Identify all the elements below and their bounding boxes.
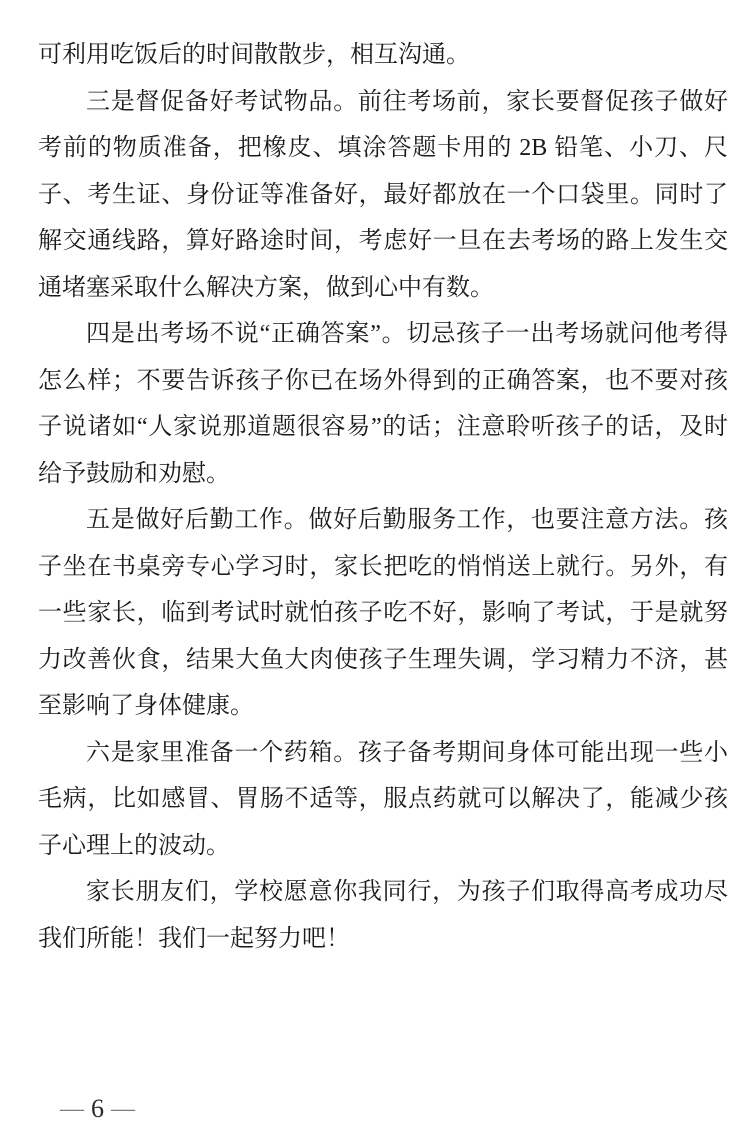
page-number: 6 (91, 1094, 104, 1124)
text-line: 可利用吃饭后的时间散散步，相互沟通。 (38, 32, 728, 79)
text-line: 子心理上的波动。 (38, 823, 728, 870)
text-line: 力改善伙食，结果大鱼大肉使孩子生理失调，学习精力不济，甚 (38, 637, 728, 684)
text-line: 六是家里准备一个药箱。孩子备考期间身体可能出现一些小 (38, 730, 728, 777)
text-line: 子、考生证、身份证等准备好，最好都放在一个口袋里。同时了 (38, 172, 728, 219)
footer-dash-right: — (111, 1094, 135, 1124)
text-line: 子说诸如“人家说那道题很容易”的话；注意聆听孩子的话，及时 (38, 404, 728, 451)
text-line: 子坐在书桌旁专心学习时，家长把吃的悄悄送上就行。另外，有 (38, 544, 728, 591)
text-line: 一些家长，临到考试时就怕孩子吃不好，影响了考试，于是就努 (38, 590, 728, 637)
page-footer: — 6 — (60, 1094, 135, 1124)
footer-dash-left: — (60, 1094, 84, 1124)
text-line: 通堵塞采取什么解决方案，做到心中有数。 (38, 265, 728, 312)
text-line: 考前的物质准备，把橡皮、填涂答题卡用的 2B 铅笔、小刀、尺 (38, 125, 728, 172)
text-line: 毛病，比如感冒、胃肠不适等，服点药就可以解决了，能减少孩 (38, 776, 728, 823)
document-page: 可利用吃饭后的时间散散步，相互沟通。三是督促备好考试物品。前往考场前，家长要督促… (0, 0, 750, 1142)
text-line: 四是出考场不说“正确答案”。切忌孩子一出考场就问他考得 (38, 311, 728, 358)
text-line: 解交通线路，算好路途时间，考虑好一旦在去考场的路上发生交 (38, 218, 728, 265)
text-line: 怎么样；不要告诉孩子你已在场外得到的正确答案，也不要对孩 (38, 358, 728, 405)
text-line: 五是做好后勤工作。做好后勤服务工作，也要注意方法。孩 (38, 497, 728, 544)
text-line: 至影响了身体健康。 (38, 683, 728, 730)
text-line: 我们所能！我们一起努力吧！ (38, 916, 728, 963)
letter-body: 可利用吃饭后的时间散散步，相互沟通。三是督促备好考试物品。前往考场前，家长要督促… (38, 32, 728, 962)
text-line: 给予鼓励和劝慰。 (38, 451, 728, 498)
text-line: 家长朋友们，学校愿意你我同行，为孩子们取得高考成功尽 (38, 869, 728, 916)
text-line: 三是督促备好考试物品。前往考场前，家长要督促孩子做好 (38, 79, 728, 126)
